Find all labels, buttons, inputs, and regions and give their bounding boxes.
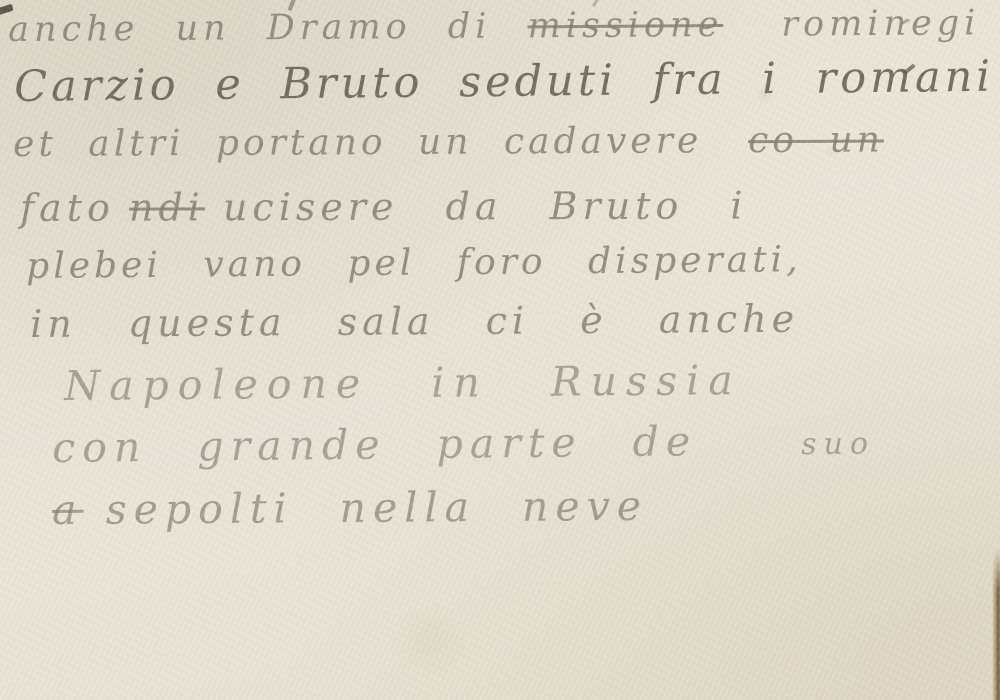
handwriting-line-7: Napoleone in Russia <box>64 356 742 410</box>
handwriting-line-5: plebei vano pel foro disperati, <box>26 239 802 287</box>
handwriting-text: et altri portano un cadavere <box>13 120 702 165</box>
crossed-out-word: ndi <box>129 185 205 229</box>
handwriting-text: rominegi <box>781 3 980 44</box>
handwriting-text: plebei vano pel foro disperati, <box>26 239 802 287</box>
manuscript-page: anche un Dramo di missionerominegi Carzi… <box>0 0 1000 700</box>
crossed-out-word: a <box>52 486 84 534</box>
handwriting-text: con grande parte de <box>52 417 697 472</box>
crossed-out-word: co un <box>748 119 884 161</box>
handwriting-text: ucisere da Bruto i <box>223 183 748 229</box>
handwriting-line-4: fatondiucisere da Bruto i <box>20 183 748 230</box>
handwriting-text: anche un Dramo di <box>8 7 492 50</box>
handwriting-line-1: anche un Dramo di missionerominegi <box>8 3 981 50</box>
handwriting-text: Carzio e Bruto seduti fra i romani <box>14 52 994 112</box>
handwriting-text: Napoleone in Russia <box>64 356 742 410</box>
handwriting-line-3: et altri portano un cadavereco un <box>13 119 884 165</box>
handwriting-text: in questa sala ci è anche <box>30 297 799 346</box>
handwriting-text: fato <box>20 186 115 230</box>
handwriting-line-2: Carzio e Bruto seduti fra i romani <box>14 52 994 112</box>
handwriting-line-9: asepolti nella neve <box>52 482 648 534</box>
handwriting-line-6: in questa sala ci è anche <box>30 297 799 346</box>
handwriting-text: suo <box>801 426 875 462</box>
handwriting-line-8: con grande parte desuo <box>52 415 875 472</box>
page-edge <box>992 548 1000 700</box>
crossed-out-word: missione <box>527 5 723 46</box>
handwriting-text: sepolti nella neve <box>105 482 648 534</box>
